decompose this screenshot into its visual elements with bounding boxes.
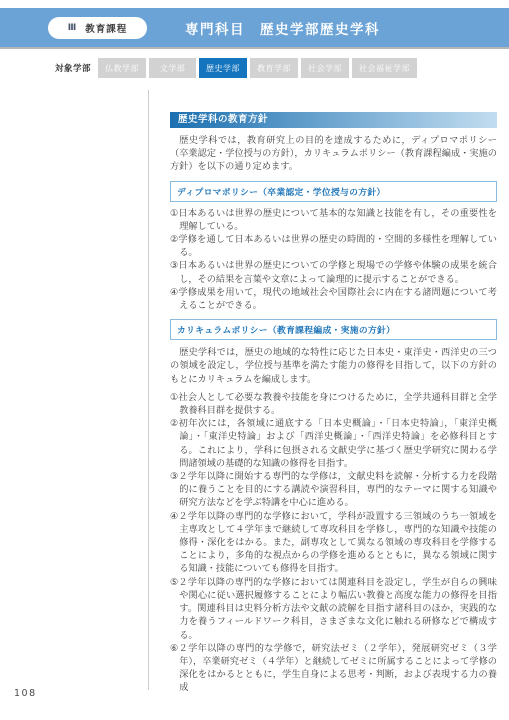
policy-list-item: ①社会人として必要な教養や技能を身につけるために，全学共通科目群と全学教養科目群… (170, 391, 497, 417)
policy-list-item: ②初年次には，各領域に通底する「日本史概論」・「日本史特論」，「東洋史概論」・「… (170, 417, 497, 470)
diploma-policy-heading: ディプロマポリシー（卒業認定・学位授与の方針） (170, 181, 497, 202)
faculty-tab[interactable]: 社会福祉学部 (352, 58, 417, 78)
faculty-tab[interactable]: 文学部 (149, 58, 196, 78)
faculty-tab-label: 社会学部 (308, 63, 342, 74)
policy-list-item: ②学修を通して日本あるいは世界の歴史の時間的・空間的多様性を理解している。 (170, 233, 497, 259)
main-content: 歴史学科の教育方針 歴史学科では，教育研究上の目的を達成するために，ディプロマポ… (170, 112, 497, 695)
policy-list-item: ④２学年以降の専門的な学修において，学科が設置する三領域のうち一領域を主専攻とし… (170, 510, 497, 576)
faculty-tab[interactable]: 歴史学部 (199, 58, 247, 78)
faculty-tab-bar: 対象学部 仏教学部 文学部 歴史学部 教育学部 社会学部 社会福祉学部 (0, 58, 509, 78)
faculty-tabs: 仏教学部 文学部 歴史学部 教育学部 社会学部 社会福祉学部 (98, 58, 417, 78)
section-intro-paragraph: 歴史学科では，教育研究上の目的を達成するために，ディプロマポリシー（卒業認定・学… (170, 134, 497, 174)
policy-list-item: ③日本あるいは世界の歴史についての学修と現場での学修や体験の成果を統合し，その結… (170, 259, 497, 285)
faculty-tab-label: 教育学部 (257, 63, 291, 74)
faculty-tab-label: 仏教学部 (105, 63, 139, 74)
faculty-tab-label: 文学部 (160, 63, 186, 74)
policy-list-item: ①日本あるいは世界の歴史について基本的な知識と技能を有し，その重要性を理解してい… (170, 207, 497, 233)
policy-list-item: ⑥２学年以降の専門的な学修で，研究法ゼミ（２学年），発展研究ゼミ（３学年），卒業… (170, 642, 497, 695)
diploma-policy-items: ①日本あるいは世界の歴史について基本的な知識と技能を有し，その重要性を理解してい… (170, 207, 497, 313)
chapter-badge: Ⅲ 教育課程 (48, 17, 147, 39)
policy-list-item: ⑤２学年以降の専門的な学修においては関連科目を設定し，学生が自らの興味や関心に従… (170, 576, 497, 642)
policy-list-item: ③２学年以降に開始する専門的な学修は，文献史料を読解・分析する力を段階的に養うこ… (170, 470, 497, 510)
faculty-tabs-label: 対象学部 (55, 62, 91, 74)
chapter-label: 教育課程 (85, 21, 127, 35)
faculty-tab-label: 歴史学部 (206, 63, 240, 74)
page-title: 専門科目 歴史学部歴史学科 (185, 18, 380, 38)
section-heading: 歴史学科の教育方針 (170, 112, 497, 128)
curriculum-intro-paragraph: 歴史学科では，歴史の地域的な特性に応じた日本史・東洋史・西洋史の三つの領域を設定… (170, 346, 497, 386)
faculty-tab[interactable]: 仏教学部 (98, 58, 146, 78)
content-left-rule (148, 90, 149, 690)
catalog-page: Ⅲ 教育課程 専門科目 歴史学部歴史学科 対象学部 仏教学部 文学部 歴史学部 … (0, 0, 509, 720)
page-number: 108 (14, 688, 37, 699)
faculty-tab[interactable]: 社会学部 (301, 58, 349, 78)
policy-list-item: ④学修成果を用いて，現代の地域社会や国際社会に内在する諸問題について考えることが… (170, 286, 497, 312)
curriculum-policy-heading: カリキュラムポリシー（教育課程編成・実施の方針） (170, 319, 497, 340)
faculty-tab[interactable]: 教育学部 (250, 58, 298, 78)
chapter-numeral: Ⅲ (68, 23, 77, 33)
faculty-tab-label: 社会福祉学部 (359, 63, 410, 74)
curriculum-policy-items: ①社会人として必要な教養や技能を身につけるために，全学共通科目群と全学教養科目群… (170, 391, 497, 695)
page-header-band: Ⅲ 教育課程 専門科目 歴史学部歴史学科 (0, 8, 509, 49)
